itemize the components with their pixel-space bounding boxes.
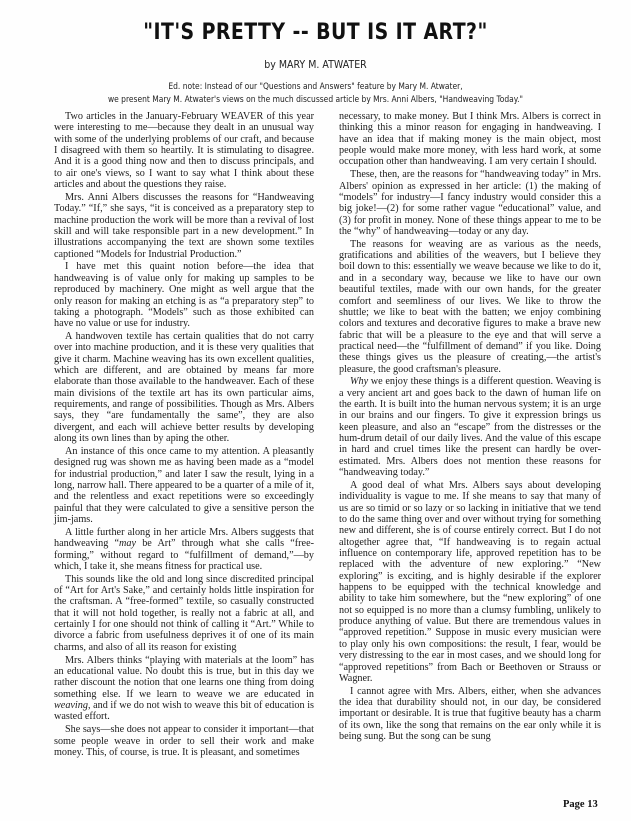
editor-note-line-2: we present Mary M. Atwater's views on th… <box>32 93 600 106</box>
article-byline: by MARY M. ATWATER <box>32 59 600 71</box>
right-column: necessary, to make money. But I think Mr… <box>339 111 601 742</box>
magazine-page: "IT'S PRETTY -- BUT IS IT ART?" by MARY … <box>0 0 631 821</box>
left-column: Two articles in the January-February WEA… <box>54 111 314 758</box>
paragraph: An instance of this once came to my atte… <box>54 446 314 525</box>
editor-note: Ed. note: Instead of our "Questions and … <box>0 80 631 106</box>
paragraph: A little further along in her article Mr… <box>54 527 314 572</box>
paragraph: Why we enjoy these things is a different… <box>339 376 601 478</box>
paragraph: She says—she does not appear to consider… <box>54 724 314 758</box>
article-title: "IT'S PRETTY -- BUT IS IT ART?" <box>44 20 587 45</box>
paragraph: Mrs. Anni Albers discusses the reasons f… <box>54 192 314 260</box>
text-run: , and if we do not wish to weave this bi… <box>54 700 314 722</box>
paragraph: The reasons for weaving are as various a… <box>339 239 601 375</box>
paragraph: I cannot agree with Mrs. Albers, either,… <box>339 686 601 743</box>
paragraph: A handwoven textile has certain qualitie… <box>54 331 314 444</box>
text-run: we enjoy these things is a different que… <box>339 376 601 478</box>
paragraph: These, then, are the reasons for “handwe… <box>339 169 601 237</box>
paragraph: I have met this quaint notion before—the… <box>54 261 314 329</box>
paragraph: A good deal of what Mrs. Albers says abo… <box>339 480 601 684</box>
paragraph: Two articles in the January-February WEA… <box>54 111 314 190</box>
paragraph: Mrs. Albers thinks “playing with materia… <box>54 655 314 723</box>
emphasis: may <box>119 538 136 549</box>
text-run: Mrs. Albers thinks “playing with materia… <box>54 655 314 700</box>
paragraph: This sounds like the old and long since … <box>54 574 314 653</box>
editor-note-line-1: Ed. note: Instead of our "Questions and … <box>32 80 600 93</box>
paragraph-continued: necessary, to make money. But I think Mr… <box>339 111 601 168</box>
emphasis: Why <box>350 376 368 387</box>
emphasis: weaving <box>54 700 88 711</box>
page-number: Page 13 <box>563 799 598 810</box>
